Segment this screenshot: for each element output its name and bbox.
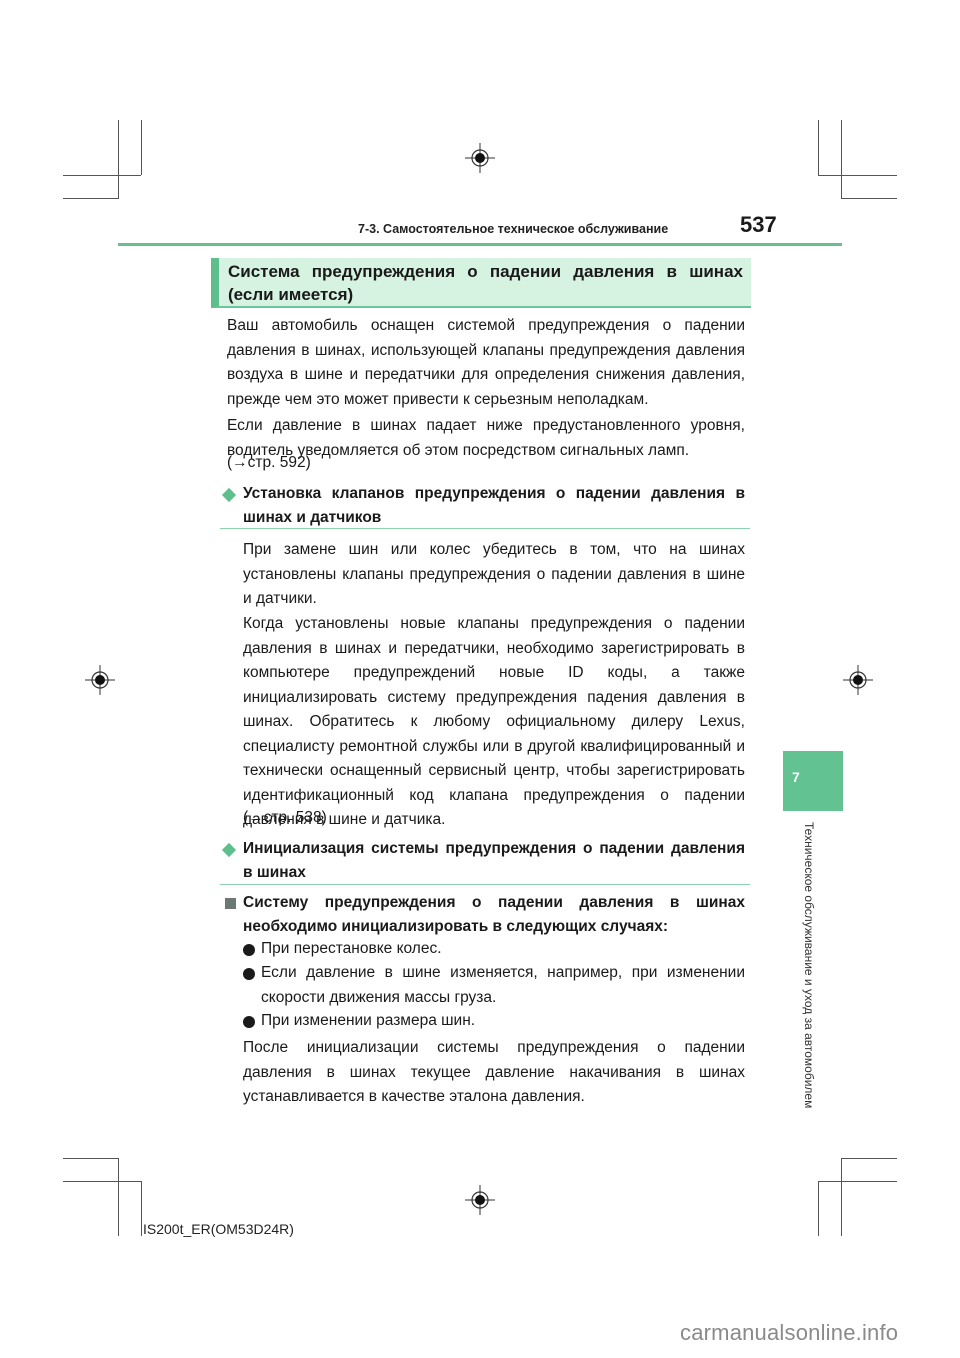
- crop-mark: [841, 198, 897, 199]
- bullet-item: При перестановке колес.: [261, 937, 745, 962]
- page-reference-link[interactable]: (→стр. 592): [227, 451, 311, 476]
- crop-mark: [63, 198, 119, 199]
- crop-mark: [841, 1158, 842, 1236]
- crop-mark: [841, 120, 842, 198]
- diamond-bullet-icon: [222, 488, 236, 502]
- page-reference-link[interactable]: (→стр. 538): [243, 806, 327, 831]
- square-bullet-icon: [225, 898, 236, 909]
- chapter-side-title: Техническое обслуживание и уход за автом…: [796, 822, 816, 1112]
- subsection-rule: [220, 528, 750, 529]
- running-header: 7-3. Самостоятельное техническое обслужи…: [358, 222, 668, 236]
- crop-mark: [63, 1158, 119, 1159]
- crop-mark: [141, 120, 142, 175]
- bullet-item: При изменении размера шин.: [261, 1009, 745, 1034]
- crop-mark: [818, 120, 819, 175]
- registration-mark-icon: [843, 665, 873, 695]
- diamond-bullet-icon: [222, 843, 236, 857]
- note-heading: Систему предупреждения о падении давлени…: [243, 891, 745, 939]
- crop-mark: [818, 175, 897, 176]
- subsection-title: Инициализация системы предупреждения о п…: [243, 837, 745, 885]
- crop-mark: [841, 1158, 897, 1159]
- intro-paragraph: Ваш автомобиль оснащен системой предупре…: [227, 314, 745, 412]
- crop-mark: [818, 1181, 897, 1182]
- registration-mark-icon: [465, 1185, 495, 1215]
- body-paragraph: После инициализации системы предупрежден…: [243, 1036, 745, 1110]
- document-code: IS200t_ER(OM53D24R): [143, 1221, 294, 1237]
- crop-mark: [63, 1181, 141, 1182]
- body-paragraph: При замене шин или колес убедитесь в том…: [243, 538, 745, 612]
- bullet-item: Если давление в шине изменяется, наприме…: [261, 961, 745, 1010]
- body-paragraph: Когда установлены новые клапаны предупре…: [243, 612, 745, 833]
- crop-mark: [118, 120, 119, 198]
- crop-mark: [818, 1181, 819, 1236]
- page-number: 537: [740, 212, 777, 238]
- registration-mark-icon: [465, 143, 495, 173]
- subsection-rule: [220, 884, 750, 885]
- registration-mark-icon: [85, 665, 115, 695]
- bullet-dot-icon: [243, 968, 255, 980]
- crop-mark: [118, 1158, 119, 1236]
- crop-mark: [63, 175, 141, 176]
- crop-mark: [141, 1181, 142, 1236]
- watermark: carmanualsonline.info: [680, 1320, 898, 1346]
- bullet-dot-icon: [243, 1016, 255, 1028]
- header-rule: [118, 243, 842, 246]
- section-title: Система предупреждения о падении давлени…: [211, 258, 751, 308]
- bullet-dot-icon: [243, 944, 255, 956]
- chapter-tab[interactable]: 7: [783, 751, 843, 811]
- subsection-title: Установка клапанов предупреждения о паде…: [243, 482, 745, 530]
